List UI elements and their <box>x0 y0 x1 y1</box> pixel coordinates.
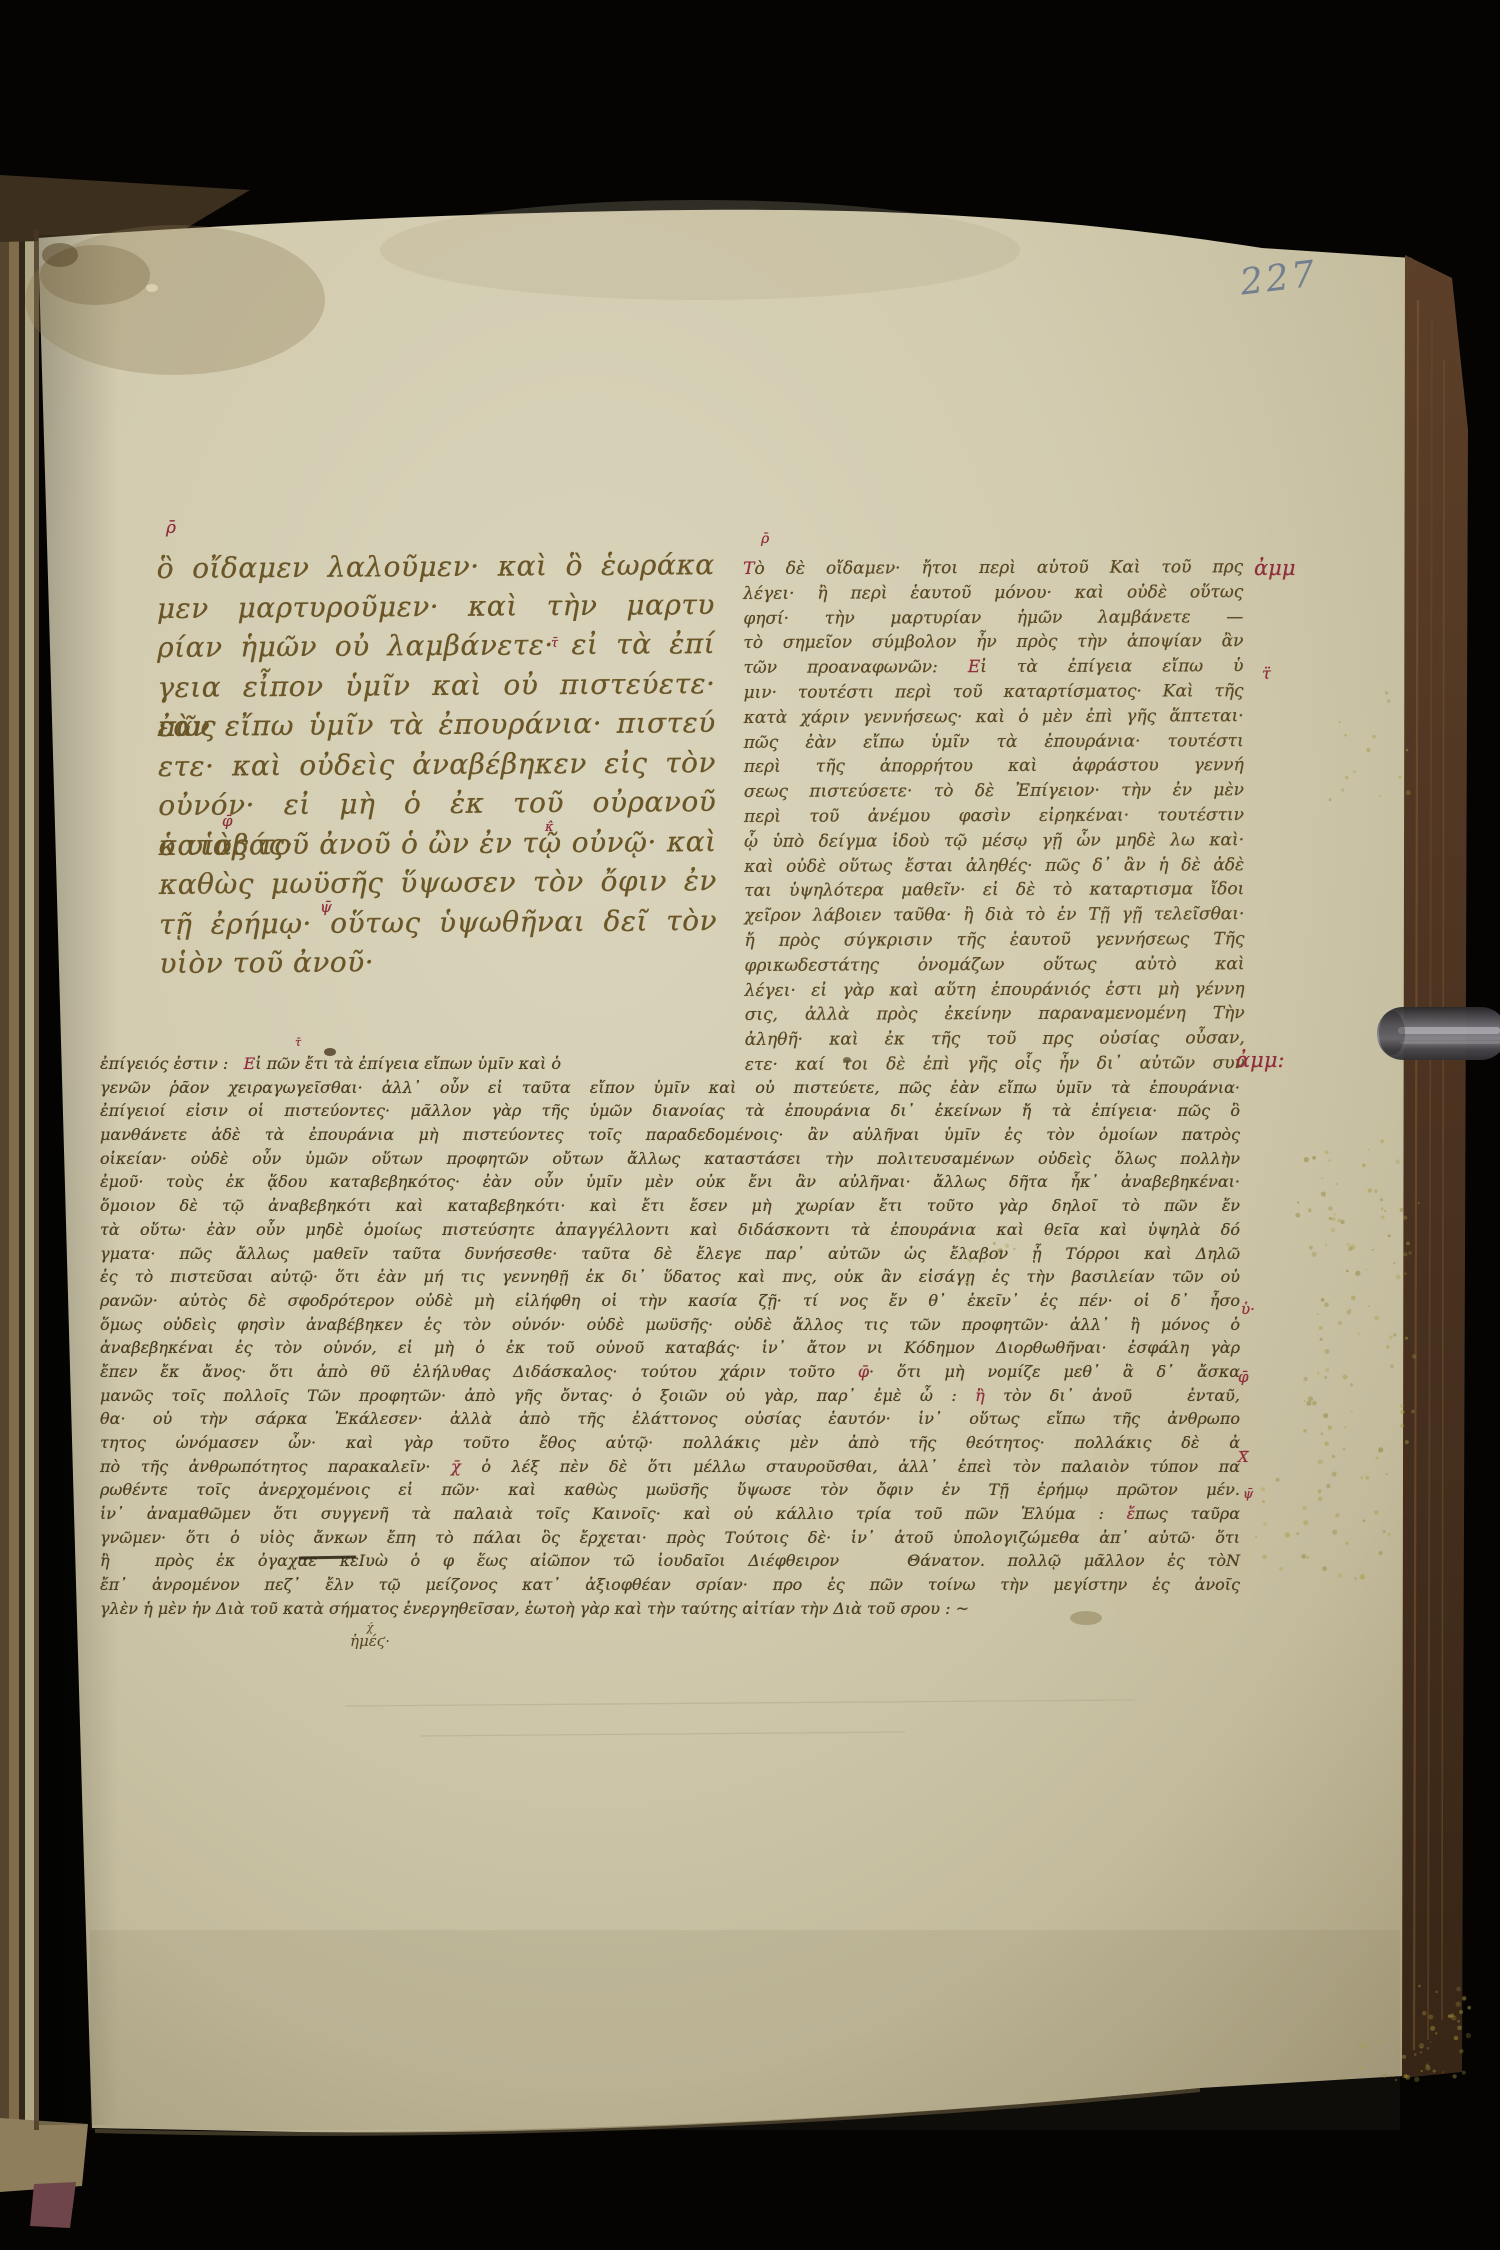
marginal-siglum: ὑ· <box>1241 1300 1255 1318</box>
text-line: περὶ τοῦ ἀνέμου φασὶν εἰρηκέναι· τουτέστ… <box>744 803 1244 830</box>
marginal-siglum: κ̂ <box>545 820 554 835</box>
text-line: ἢ πρὸς ἐκ ὀγαχαε κεΙυὼ ὁ φ ἕως αἰῶπον τῶ… <box>100 1549 1240 1573</box>
text-line: ἐπίγειοί εἰσιν οἱ πιστεύοντες· μᾶλλον γὰ… <box>100 1099 1240 1123</box>
text-line: καὶ οὐδὲ οὕτως ἔσται ἀληθές· πῶς δ᾽ ἂν ἡ… <box>744 853 1244 880</box>
gutter-crease <box>34 230 39 2130</box>
rubric-glyph: χ̄ <box>451 1457 461 1476</box>
text-line: θα· οὐ τὴν σάρκα Ἐκάλεσεν· ἀλλὰ ἀπὸ τῆς … <box>100 1407 1240 1431</box>
text-line: ἐς τὸ πιστεῦσαι αὐτῷ· ὅτι ἐὰν μή τις γεν… <box>100 1265 1240 1289</box>
text-line: ἐμοῦ· τοὺς ἐκ ᾅδου καταβεβηκότος· ἐὰν οὖ… <box>100 1170 1240 1194</box>
text-line: ᾧ ὑπὸ δείγμα ἰδοὺ τῷ μέσῳ γῇ ὧν μηδὲ λω … <box>744 828 1244 855</box>
text-line: ὃ οἴδαμεν λαλοῦμεν· καὶ ὃ ἑωράκα <box>156 545 714 588</box>
text-line: περὶ τῆς ἀπορρήτου καὶ ἀφράστου γεννή <box>744 754 1244 781</box>
text-line: οὐνόν· εἰ μὴ ὁ ἐκ τοῦ οὐρανοῦ καταβάς· <box>158 782 716 825</box>
text-line: Τὸ δὲ οἴδαμεν· ἤτοι περὶ αὑτοῦ Καὶ τοῦ π… <box>743 555 1243 582</box>
text-line: ετε· καὶ οὐδεὶς ἀναβέβηκεν εἰς τὸν <box>158 743 716 786</box>
rubric-glyph: φ̄ <box>858 1362 869 1381</box>
catena-right-column: Τὸ δὲ οἴδαμεν· ἤτοι περὶ αὑτοῦ Καὶ τοῦ π… <box>743 555 1245 1077</box>
text-line: τῶν προαναφωνῶν: Εἰ τὰ ἐπίγεια εἴπω ὑ <box>743 654 1243 681</box>
text-line: οἰκείαν· οὐδὲ οὖν ὑμῶν οὕτων προφητῶν οὔ… <box>100 1147 1240 1171</box>
glass-rod <box>1377 1007 1500 1060</box>
text-line: μανθάνετε ἀδὲ τὰ ἐπουράνια μὴ πιστεύοντε… <box>100 1123 1240 1147</box>
text-line: ἀληθῆ· καὶ ἐκ τῆς τοῦ πρς οὐσίας οὖσαν, <box>745 1026 1245 1053</box>
text-line: λέγει· εἰ γὰρ καὶ αὕτη ἐπουράνιός ἐστι μ… <box>745 977 1245 1004</box>
marginal-siglum: τ̄ <box>551 636 558 651</box>
marginal-siglum: ψ̄ <box>320 898 332 916</box>
text-line: μεν μαρτυροῦμεν· καὶ τὴν μαρτυ <box>157 585 715 628</box>
quire-note: χ́ ἡμέϛ· <box>330 1622 410 1649</box>
text-line: γεια εἶπον ὑμῖν καὶ οὐ πιστεύετε· πῶς <box>157 664 715 707</box>
text-line: τὸ σημεῖον σύμβολον ἦν πρὸς τὴν ἀποψίαν … <box>743 630 1243 657</box>
marginal-siglum: ἀμμ <box>1254 556 1295 580</box>
marginal-siglum: φ̄ <box>222 812 233 830</box>
text-line: ρανῶν· αὐτὸς δὲ σφοδρότερον οὐδὲ μὴ εἰλή… <box>100 1289 1240 1313</box>
text-line: τὰ οὕτω· ἐὰν οὖν μηδὲ ὁμοίως πιστεύσητε … <box>100 1218 1240 1242</box>
text-line: καθὼς μωϋσῆς ὕψωσεν τὸν ὄφιν ἐν <box>159 861 717 904</box>
text-line: τῇ ἐρήμῳ· οὕτως ὑψωθῆναι δεῖ τὸν <box>159 901 717 944</box>
text-line: χεῖρον λάβοιεν ταῦθα· ἢ διὰ τὸ ἐν Τῇ γῇ … <box>744 902 1244 929</box>
text-line: ἱν᾽ ἀναμαθῶμεν ὅτι συγγενῆ τὰ παλαιὰ τοῖ… <box>100 1502 1240 1526</box>
rubric-glyph: Ε <box>244 1054 256 1073</box>
text-line: ὁ υἱὸς τοῦ ἀνοῦ ὁ ὢν ἐν τῷ οὐνῷ· καὶ <box>158 822 716 865</box>
text-line: μιν· τουτέστι περὶ τοῦ καταρτίσματος· Κα… <box>744 679 1244 706</box>
text-line: τητος ὠνόμασεν ὦν· καὶ γὰρ τοῦτο ἔθος αὐ… <box>100 1431 1240 1455</box>
text-line: ἔπ᾽ ἀνρομένον πεζ᾽ ἔλν τῷ μείζονος κατ᾽ … <box>100 1573 1240 1597</box>
rubric-glyph: ἢ <box>975 1386 985 1405</box>
marginal-siglum: Χ̄ <box>1238 1448 1249 1466</box>
marginal-siglum: ψ̄ <box>1243 1487 1253 1502</box>
catena-lower-block: ἐπίγειός ἐστιν : Εἰ πῶν ἔτι τὰ ἐπίγεια ε… <box>100 1052 1240 1621</box>
text-line: γνῶμεν· ὅτι ὁ υἱὸς ἄνκων ἔπη τὸ πάλαι ὃς… <box>100 1526 1240 1550</box>
quire-note-text: ἡμέϛ· <box>330 1633 410 1649</box>
rubric-glyph: Τ <box>743 559 754 579</box>
marginal-siglum: ρ̄ <box>761 531 769 547</box>
text-line: ται ὑψηλότερα μαθεῖν· εἰ δὲ τὸ καταρτισμ… <box>744 877 1244 904</box>
text-line: μανῶς τοῖς πολλοῖς Τῶν προφητῶν· ἀπὸ γῆς… <box>100 1384 1240 1408</box>
manuscript-photo: 227 ὃ οἴδαμεν λαλοῦμεν· καὶ ὃ ἑωράκαμεν … <box>0 0 1500 2250</box>
rubric-glyph: Ε <box>968 657 980 677</box>
text-line: σεως πιστεύσετε· τὸ δὲ Ἐπίγειον· τὴν ἐν … <box>744 778 1244 805</box>
text-line: γενῶν ῥᾶον χειραγωγεῖσθαι· ἀλλ᾽ οὖν εἰ τ… <box>100 1076 1240 1100</box>
text-line: πῶς ἐὰν εἴπω ὑμῖν τὰ ἐπουράνια· τουτέστι <box>744 729 1244 756</box>
text-line: υἱὸν τοῦ ἀνοῦ· <box>159 940 717 983</box>
text-line: φησί· τὴν μαρτυρίαν ἡμῶν λαμβάνετε — <box>743 605 1243 632</box>
text-line: ἤ πρὸς σύγκρισιν τῆς ἑαυτοῦ γεννήσεως Τῆ… <box>744 927 1244 954</box>
text-line: λέγει· ἢ περὶ ἑαυτοῦ μόνου· καὶ οὐδὲ οὕτ… <box>743 580 1243 607</box>
text-line: ὅμοιον δὲ τῷ ἀναβεβηκότι καὶ καταβεβηκότ… <box>100 1194 1240 1218</box>
text-line: ἔπεν ἔκ ἄνος· ὅτι ἀπὸ θῦ ἐλήλυθας Διδάσκ… <box>100 1360 1240 1384</box>
text-line: γματα· πῶς ἄλλως μαθεῖν ταῦτα δυνήσεσθε·… <box>100 1242 1240 1266</box>
text-line: γλὲν ἡ μὲν ἡν Διὰ τοῦ κατὰ σήματος ἐνεργ… <box>100 1597 1240 1621</box>
text-line: ἐπίγειός ἐστιν : Εἰ πῶν ἔτι τὰ ἐπίγεια ε… <box>100 1052 1240 1076</box>
text-line: ρίαν ἡμῶν οὐ λαμβάνετε· εἰ τὰ ἐπί <box>157 624 715 667</box>
text-line: ἀναβεβηκέναι ἐς τὸν οὐνόν, εἰ μὴ ὁ ἐκ το… <box>100 1336 1240 1360</box>
gospel-text-column: ὃ οἴδαμεν λαλοῦμεν· καὶ ὃ ἑωράκαμεν μαρτ… <box>156 545 717 983</box>
text-line: πὸ τῆς ἀνθρωπότητος παρακαλεῖν· χ̄ ὁ λέξ… <box>100 1455 1240 1479</box>
marginal-siglum: φ̄ <box>1238 1368 1249 1386</box>
marginal-siglum: τ̄ <box>295 1036 301 1049</box>
marginal-siglum: τ̈ <box>1262 664 1271 683</box>
text-line: φρικωδεστάτης ὀνομάζων οὕτως αὐτὸ καὶ <box>744 952 1244 979</box>
marginal-siglum: ρ̄ <box>166 518 176 538</box>
text-line: κατὰ χάριν γεννήσεως· καὶ ὁ μὲν ἐπὶ γῆς … <box>744 704 1244 731</box>
text-line: ἐὰν εἴπω ὑμῖν τὰ ἐπουράνια· πιστεύ <box>158 703 716 746</box>
text-line: σις, ἀλλὰ πρὸς ἐκείνην παραναμενομένη Τὴ… <box>745 1001 1245 1028</box>
marginal-siglum: ἀμμ: <box>1236 1048 1285 1072</box>
text-line: ρωθέντε τοῖς ἀνερχομένοις εἰ πῶν· καὶ κα… <box>100 1478 1240 1502</box>
rubric-glyph: ἔ <box>1127 1504 1136 1523</box>
text-line: ὅμως οὐδεὶς φησὶν ἀναβέβηκεν ἐς τὸν οὐνό… <box>100 1313 1240 1337</box>
fore-edge <box>1402 255 1468 2078</box>
